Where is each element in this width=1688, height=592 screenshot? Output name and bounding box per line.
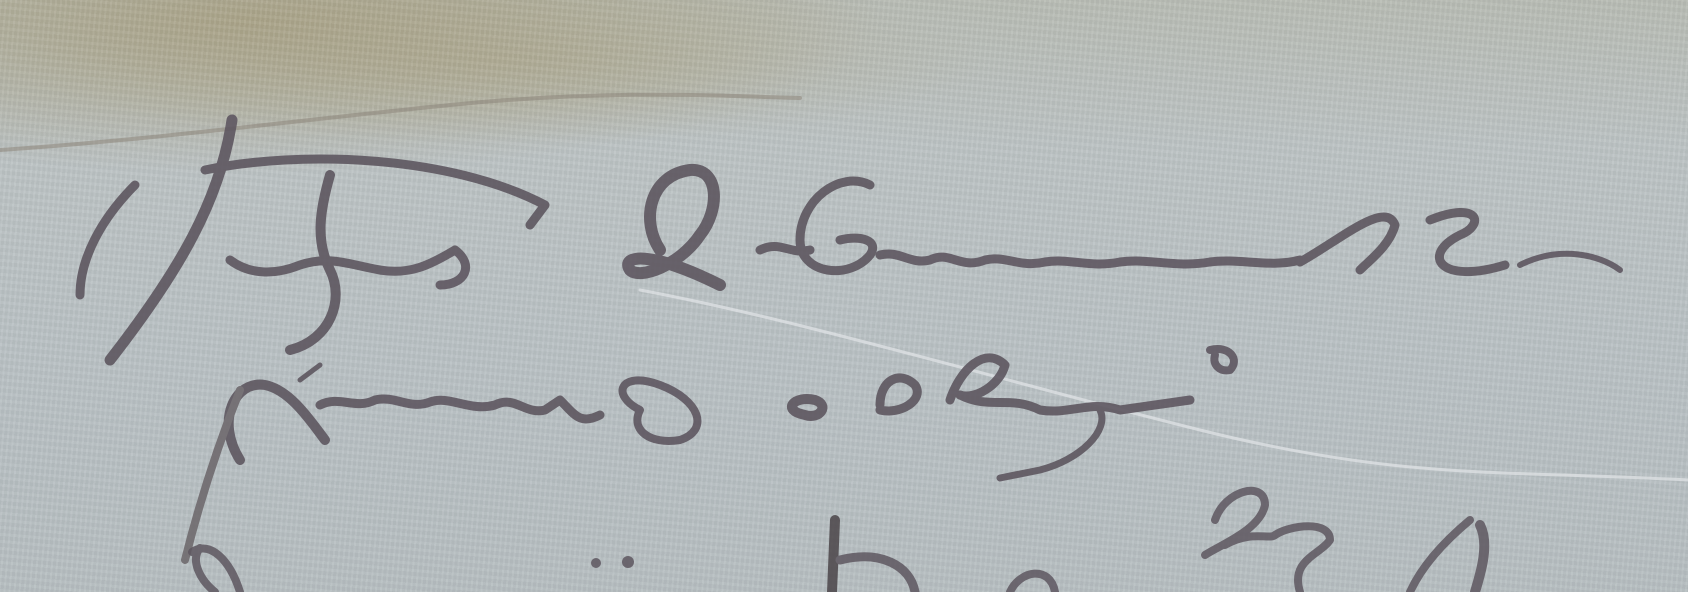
handwriting-strokes [0, 0, 1688, 592]
line-3-strokes [192, 491, 1484, 592]
manuscript-photo: (Tho. Cromwell Amore oblig° ... h ... be… [0, 0, 1688, 592]
line-2-strokes [185, 349, 1234, 560]
line-1-strokes [80, 120, 1620, 360]
